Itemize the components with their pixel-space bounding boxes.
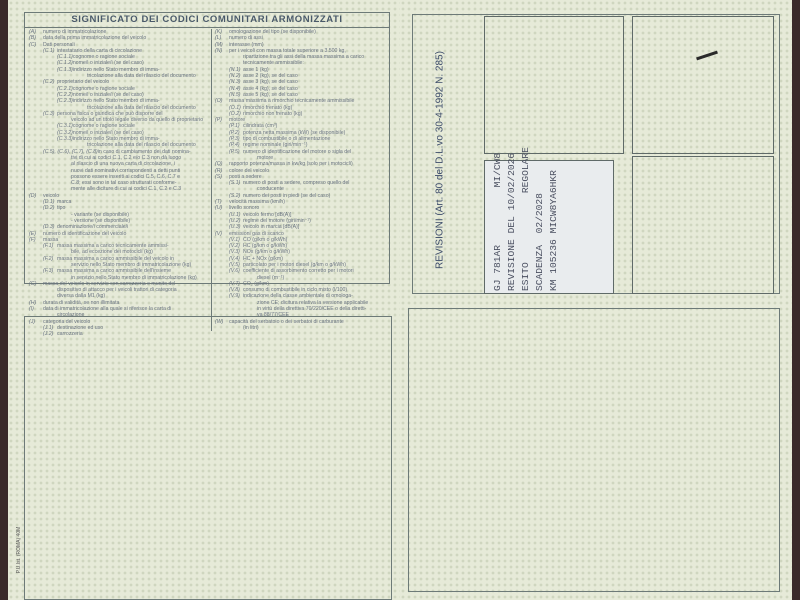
code-text: numero di immatricolazione <box>43 29 106 35</box>
code-label: (J.2) <box>43 331 57 337</box>
code-text: numero di identificazione del veicolo <box>43 231 126 237</box>
code-text: marca <box>57 199 71 205</box>
code-label: (D.2) <box>43 205 57 211</box>
code-text: consumo di combustibile in ciclo misto (… <box>243 287 347 293</box>
code-label: (C.1.3) <box>57 67 73 73</box>
codes-panel: SIGNIFICATO DEI CODICI COMUNITARI ARMONI… <box>24 12 390 284</box>
code-text: rapporto potenza/massa in kw/kg (solo pe… <box>229 161 353 167</box>
code-text: colore del veicolo <box>229 168 269 174</box>
code-label: (F) <box>29 237 43 243</box>
code-text: cilindrata (cm³) <box>243 123 277 129</box>
revision-box-4 <box>632 156 774 294</box>
code-text: massa massima a carico ammissibile del v… <box>57 256 174 262</box>
code-label: (N) <box>215 48 229 54</box>
code-label: (C.3.3) <box>57 136 73 142</box>
code-text: numero di assi <box>229 35 263 41</box>
code-text: regime nominale (giri/min⁻¹) <box>243 142 307 148</box>
code-text: nuovi dati nominativi corrispondenti a d… <box>71 168 180 174</box>
code-text: regime del motore (giri/min⁻¹) <box>243 218 311 224</box>
code-text: rimorchio frenato (kg) <box>243 105 292 111</box>
code-text: nome/i o iniziale/i (se del caso) <box>73 130 144 136</box>
code-text: tecnicamente ammissibile: <box>243 60 304 66</box>
code-text: nome/i o iniziale/i (se del caso) <box>73 60 144 66</box>
code-text: bile, ad eccezione dei motocicli (kg) <box>71 249 153 255</box>
code-text: carrozzeria <box>57 331 83 337</box>
code-text: HC (g/km o g/kWh) <box>243 243 287 249</box>
code-label: (U) <box>215 205 229 211</box>
code-text: indirizzo nello Stato membro di imma- <box>73 67 160 73</box>
code-text: cognome o ragione sociale <box>73 123 135 129</box>
code-text: ripartizione tra gli assi della massa ma… <box>243 54 364 60</box>
code-text: cognome o ragione sociale <box>73 54 135 60</box>
code-text: asse 3 (kg), se del caso <box>243 79 298 85</box>
code-text: indirizzo nello Stato membro di imma- <box>73 136 160 142</box>
stamp-line-km: KM 105236 MICW8YA6HKR <box>547 165 561 291</box>
code-text: tivi di cui ai codici C.1, C.2 e/o C.3 n… <box>71 155 181 161</box>
code-text: per i veicoli con massa totale superiore… <box>229 48 346 54</box>
code-text: C.8; essi sono in tal caso strutturati c… <box>71 180 177 186</box>
code-text: persona fisica o giuridica che può dispo… <box>57 111 163 117</box>
code-label: (C.2.3) <box>57 98 73 104</box>
code-text: al rilascio di una nuova carta di circol… <box>71 161 175 167</box>
code-text: massa massima a rimorchio tecnicamente a… <box>229 98 354 104</box>
code-text: asse 2 (kg), se del caso <box>243 73 298 79</box>
code-label: (C.2) <box>43 79 57 85</box>
code-text: veicolo fermo [dB(A)] <box>243 212 291 218</box>
code-entry: (J.2) carrozzeria <box>29 331 209 337</box>
code-text: tricolazione alla data del rilascio del … <box>87 73 196 79</box>
code-text: in caso di cambiamento dei dati nomina- <box>98 149 191 155</box>
code-text: interasse (mm) <box>229 42 264 48</box>
code-text: nome/i o iniziale/i (se del caso) <box>73 92 144 98</box>
code-text: categoria del veicolo <box>43 319 90 325</box>
code-text: asse 4 (kg), se del caso <box>243 86 298 92</box>
code-text: rimorchio non frenato (kg) <box>243 111 302 117</box>
code-text: intestatario della carta di circolazione <box>57 48 142 54</box>
code-text: diversa dalla M1 (kg) <box>57 293 105 299</box>
code-text: mente alle diciture di cui ai codici C.1… <box>71 186 181 192</box>
footer-code: P.U.Ist. (ROMA) 40M <box>16 527 22 574</box>
code-label: (F.2) <box>43 256 57 262</box>
code-text: posti a sedere <box>229 174 262 180</box>
code-text: motore <box>257 155 273 161</box>
code-text: indicazione della classe ambientale di o… <box>243 293 353 299</box>
code-label: (P) <box>215 117 229 123</box>
code-text: tricolazione alla data del rilascio del … <box>87 105 196 111</box>
code-text: possono essere inseriti ai codici C.5, C… <box>71 174 180 180</box>
code-text: capacità del serbatoio o dei serbatoi di… <box>229 319 344 325</box>
code-label: (C.1) <box>43 48 57 54</box>
code-text: numero dei posti in piedi (se del caso) <box>243 193 330 199</box>
code-text: velocità massima (km/h) <box>229 199 285 205</box>
code-label: (D) <box>29 193 43 199</box>
code-text: massa <box>43 237 58 243</box>
code-text: (in litri) <box>243 325 259 331</box>
code-text: coefficiente di assorbimento corretto pe… <box>243 268 354 274</box>
code-text: va 88/77/CEE <box>257 312 289 318</box>
stamp-line-expiry: SCADENZA 02/2028 <box>533 165 547 291</box>
code-text: data di immatricolazione alla quale si r… <box>43 306 171 312</box>
code-text: proprietario del veicolo <box>57 79 109 85</box>
revisioni-title: REVISIONI (Art. 80 del D.L.vo 30-4-1992 … <box>435 51 446 269</box>
code-text: veicolo <box>43 193 59 199</box>
code-text: omologazione del tipo (se disponibile) <box>229 29 316 35</box>
page-blank-bottom-right <box>400 300 792 600</box>
codes-title: SIGNIFICATO DEI CODICI COMUNITARI ARMONI… <box>25 13 389 28</box>
code-text: livello sonoro <box>229 205 259 211</box>
code-text: cognome o ragione sociale <box>73 86 135 92</box>
code-text: denominazione/i commerciale/i <box>57 224 128 230</box>
code-label: (O) <box>215 98 229 104</box>
stamp-line-date: REVISIONE DEL 10/02/2026 <box>505 165 519 291</box>
code-text: circolazione <box>57 312 84 318</box>
code-label: (S) <box>215 174 229 180</box>
code-label: (F.3) <box>43 268 57 274</box>
code-text: asse 1 (kg) <box>243 67 269 73</box>
code-text: Dati personali <box>43 42 75 48</box>
code-text: in virtù della direttiva 70/220/CEE o de… <box>257 306 366 312</box>
code-label: (P.5) <box>229 149 243 155</box>
code-text: - variante (se disponibile) <box>71 212 129 218</box>
code-text: massa massima a carico ammissibile dell'… <box>57 268 171 274</box>
code-text: HC + NOx (g/km) <box>243 256 283 262</box>
code-text: diesel (m⁻¹) <box>257 275 284 281</box>
code-text: massa massima a carico tecnicamente ammi… <box>57 243 169 249</box>
revisioni-title-wrap: REVISIONI (Art. 80 del D.L.vo 30-4-1992 … <box>430 60 450 260</box>
revision-box-stamp: GJ 781AR MI/CW8 REVISIONE DEL 10/02/2026… <box>484 160 614 294</box>
codes-right-column: (K) omologazione del tipo (se disponibil… <box>211 29 389 331</box>
code-label: (I) <box>29 306 43 312</box>
code-label: (J) <box>29 319 43 325</box>
code-text: - versione (se disponibile) <box>71 218 130 224</box>
code-label: (F.1) <box>43 243 57 249</box>
page-blank-bottom-left <box>8 300 400 600</box>
code-text: emissioni gas di scarico <box>229 231 284 237</box>
code-text: NOx (g/km o g/kWh) <box>243 249 290 255</box>
code-text: destinazione ed uso <box>57 325 103 331</box>
code-text: dispositivo di attacco per i veicoli tra… <box>57 287 177 293</box>
code-text: numero di posti a sedere, compreso quell… <box>243 180 349 186</box>
code-text: conducente <box>257 186 284 192</box>
code-text: asse 5 (kg), se del caso <box>243 92 298 98</box>
code-label: (V.6) <box>229 268 243 274</box>
code-text: tipo <box>57 205 65 211</box>
revision-box-2 <box>632 16 774 154</box>
code-text: CO (g/km o g/kWh) <box>243 237 287 243</box>
code-text: zione CE; dicitura relativa la versione … <box>257 300 368 306</box>
code-label: (G) <box>29 281 43 287</box>
code-label: (V) <box>215 231 229 237</box>
code-text: CO₂ (g/km) <box>243 281 269 287</box>
code-text: data della prima immatricolazione del ve… <box>43 35 146 41</box>
code-label: (S.1) <box>229 180 243 186</box>
code-label: (C.3) <box>43 111 57 117</box>
code-label: (W) <box>215 319 229 325</box>
revision-box-1 <box>484 16 624 154</box>
code-text: massa del veicolo in servizio con carroz… <box>43 281 175 287</box>
code-text: durata di validità, se non illimitata <box>43 300 119 306</box>
code-text: servizio nello Stato membro di immatrico… <box>71 262 191 268</box>
code-text: motore <box>229 117 245 123</box>
stamp-line-plate: GJ 781AR MI/CW8 <box>491 165 505 291</box>
code-text: indirizzo nello Stato membro di imma- <box>73 98 160 104</box>
code-text: tricolazione alla data del rilascio del … <box>87 142 196 148</box>
footer-code-wrap: P.U.Ist. (ROMA) 40M <box>14 520 24 580</box>
code-label: (V.9) <box>229 293 243 299</box>
blank-frame <box>24 316 392 600</box>
code-text: tipo di combustibile o di alimentazione <box>243 136 330 142</box>
code-text: veicolo ad un titolo legale diverso da q… <box>71 117 203 123</box>
code-text: veicolo in marcia [dB(A)] <box>243 224 299 230</box>
revision-stamp: GJ 781AR MI/CW8 REVISIONE DEL 10/02/2026… <box>485 161 615 295</box>
code-text: potenza netta massima (kW) (se disponibi… <box>243 130 345 136</box>
code-label: (C) <box>29 42 43 48</box>
code-text: particolato per i motori diesel (g/km o … <box>243 262 346 268</box>
code-text: numero di identificazione del motore o s… <box>243 149 351 155</box>
stamp-line-outcome: ESITO REGOLARE <box>519 165 533 291</box>
blank-frame <box>408 308 780 592</box>
codes-left-column: (A) numero di immatricolazione(B) data d… <box>29 29 209 338</box>
code-entry: (in litri) <box>215 325 389 331</box>
code-text: in servizio nello Stato membro di immatr… <box>71 275 197 281</box>
